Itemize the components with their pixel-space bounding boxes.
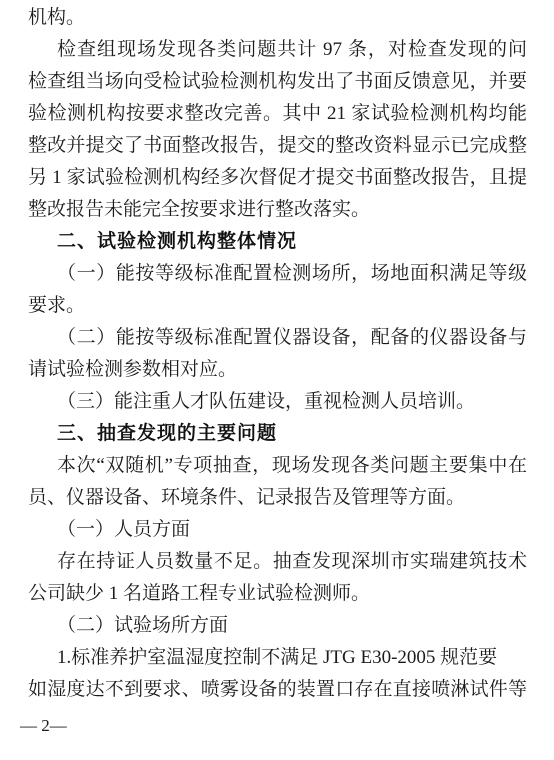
paragraph-continuation-line: 机构。 [28, 2, 527, 34]
body-line: （三）能注重人才队伍建设，重视检测人员培训。 [28, 386, 527, 418]
body-line: 请试验检测参数相对应。 [28, 354, 527, 386]
document-page: 机构。 检查组现场发现各类问题共计 97 条，对检查发现的问题， 检查组当场向受… [0, 0, 554, 760]
body-line: 本次“双随机”专项抽查，现场发现各类问题主要集中在人 [28, 450, 527, 482]
body-line: 如湿度达不到要求、喷雾设备的装置口存在直接喷淋试件等现 [28, 674, 527, 706]
body-line: 检查组现场发现各类问题共计 97 条，对检查发现的问题， [28, 34, 527, 66]
section-heading-3: 三、抽查发现的主要问题 [28, 418, 527, 450]
section-heading-2: 二、试验检测机构整体情况 [28, 226, 527, 258]
page-number: — 2— [20, 712, 67, 740]
subsection-title-line: （二）试验场所方面 [28, 610, 527, 642]
body-line: （一）能按等级标准配置检测场所，场地面积满足等级标准 [28, 258, 527, 290]
document-body: 机构。 检查组现场发现各类问题共计 97 条，对检查发现的问题， 检查组当场向受… [28, 2, 527, 706]
body-line: （二）能按等级标准配置仪器设备，配备的仪器设备与所申 [28, 322, 527, 354]
body-line: 另 1 家试验检测机构经多次督促才提交书面整改报告，且提交的 [28, 162, 527, 194]
body-line: 检查组当场向受检试验检测机构发出了书面反馈意见，并要求试 [28, 66, 527, 98]
body-line: 要求。 [28, 290, 527, 322]
body-line: 员、仪器设备、环境条件、记录报告及管理等方面。 [28, 482, 527, 514]
body-line: 公司缺少 1 名道路工程专业试验检测师。 [28, 578, 527, 610]
body-line: 验检测机构按要求整改完善。其中 21 家试验检测机构均能及时 [28, 98, 527, 130]
body-line: 整改报告未能完全按要求进行整改落实。 [28, 194, 527, 226]
body-line: 整改并提交了书面整改报告，提交的整改资料显示已完成整改； [28, 130, 527, 162]
subsection-title-line: （一）人员方面 [28, 514, 527, 546]
body-line: 存在持证人员数量不足。抽查发现深圳市实瑞建筑技术有限 [28, 546, 527, 578]
body-line: 1.标准养护室温湿度控制不满足 JTG E30-2005 规范要求。 [28, 642, 527, 674]
